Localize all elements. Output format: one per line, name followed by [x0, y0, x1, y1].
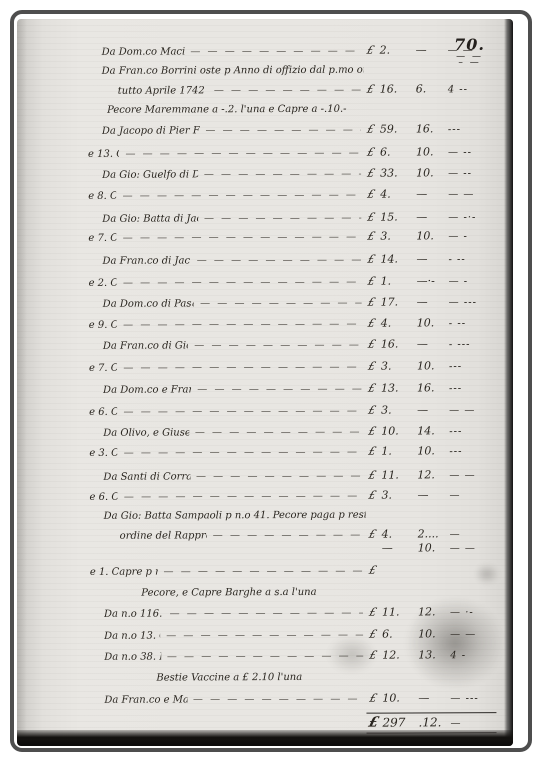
amount-soldi: — [416, 42, 448, 57]
ledger-row: e 6. Capre— — — — — — — — — — — — — — — … [89, 487, 495, 505]
amount-soldi: 10. [416, 144, 448, 159]
dash-leader: — — — — — — — — — — — — — — — — — — — — … [205, 123, 361, 139]
entry-text: e 2. Capre [89, 276, 117, 291]
amount-lire: 12. [380, 647, 418, 662]
lira-symbol: £ [364, 563, 382, 578]
amount-soldi: — [417, 294, 449, 309]
amount-denari: - -- [449, 316, 495, 331]
entry-text: Da Dom.co Macias p l'intagni d. Apd'anzi… [102, 44, 185, 59]
amount-lire: 11. [380, 604, 418, 619]
section-header: Bestie Vaccine a £ 2.10 l'una [90, 669, 496, 686]
amount-lire: 1. [379, 273, 417, 288]
entry-text: Da n.o 116. Pecore Barghe [104, 607, 164, 622]
amount-lire: 3. [378, 228, 416, 243]
entry-text: e 6. Capre [89, 490, 117, 505]
entry-text: Da Gio: Batta di Jacopo Gioncarelli p n.… [102, 211, 198, 226]
entry-text: e 3. Capre [89, 446, 117, 461]
spacer [90, 552, 366, 553]
entry-text: Da n.o 13. Capre Barghe [104, 629, 160, 644]
amount-denari: --- [449, 424, 495, 439]
entry-text: Da Dom.co e Fran.co Valenti p n.o 138. P… [103, 382, 191, 397]
amount-lire: 15. [378, 209, 416, 224]
amount-soldi: — [416, 186, 448, 201]
entry-text: tutto Aprile 1742 a rag.ne di £ 30 l'ann… [118, 83, 208, 98]
ledger-row: e 6. Capre— — — — — — — — — — — — — — — … [89, 402, 495, 420]
entry-text: e 8. Capre [88, 189, 116, 204]
ledger-row: e 8. Capre— — — — — — — — — — — — — — — … [88, 186, 494, 204]
dash-leader: — — — — — — — — — — — — — — — — — — — — … [204, 167, 361, 183]
amount-lire: 16. [379, 336, 417, 351]
amount-denari: — — [448, 187, 494, 202]
dash-leader: — — — — — — — — — — — — — — — — — — — — … [123, 188, 362, 204]
amount-denari: — [450, 716, 496, 731]
ledger-row: Da Fran.co Borrini oste p Anno di offizi… [88, 62, 494, 79]
amount-soldi: 16. [416, 121, 448, 136]
dash-leader: — — — — — — — — — — — — — — — — — — — — … [164, 564, 363, 580]
total-amount: £297.12.— [366, 712, 496, 734]
manuscript-page: 70. — — – — Da Dom.co Macias p l'intagni… [17, 19, 513, 746]
amount-denari: — — [450, 627, 496, 642]
ledger-row: e 1. Capre p resti come sopra— — — — — —… [90, 562, 496, 580]
ledger-row: Da Dom.co e Fran.co Valenti p n.o 138. P… [89, 380, 495, 398]
section-header: Pecore Maremmane a -.2. l'una e Capre a … [88, 101, 494, 118]
amount-soldi: 10. [418, 540, 450, 555]
amount-lire: 10. [380, 690, 418, 705]
amount-soldi: 14. [417, 423, 449, 438]
amount-soldi: — [417, 402, 449, 417]
amount-denari: — [449, 488, 495, 503]
ledger-row: Da Fran.co e Matteo di Gio: Menchi n.o 4… [90, 690, 496, 708]
entry-text: Da Santi di Corrado d'Arpa p n.o 116. Pe… [103, 469, 190, 484]
amount-soldi: 12. [418, 604, 450, 619]
entry-text: Da Jacopo di Pier Fran.co Gioncarelli p … [102, 123, 200, 138]
amount-denari: — -- [448, 166, 494, 181]
ledger-row: Da Dom.co Macias p l'intagni d. Apd'anzi… [88, 42, 494, 60]
amount-soldi: — [417, 487, 449, 502]
amount-soldi: 16. [417, 380, 449, 395]
amount-soldi: 13. [418, 647, 450, 662]
amount-lire: 4. [379, 315, 417, 330]
amount-soldi: 6. [416, 81, 448, 96]
ledger-row: e 7. Capre— — — — — — — — — — — — — — — … [89, 358, 495, 376]
amount-denari: — -- [448, 145, 494, 160]
dash-leader: — — — — — — — — — — — — — — — — — — — — … [196, 469, 363, 485]
spacer [91, 727, 367, 728]
dash-leader: — — — — — — — — — — — — — — — — — — — — … [123, 275, 362, 291]
amount-denari: - --- [449, 337, 495, 352]
entry-text: e 9. Capre [89, 318, 117, 333]
amount-soldi: 10. [416, 165, 448, 180]
dash-leader: — — — — — — — — — — — — — — — — — — — — … [197, 382, 362, 398]
ledger-row: Da Gio: Guelfo di Dom.co Lombardi p n.o … [88, 165, 494, 183]
amount-denari: — --- [450, 691, 496, 706]
amount-lire: 13. [379, 380, 417, 395]
page-number: 70. — — – — [454, 35, 485, 66]
amount-lire: 16. [378, 81, 416, 96]
dash-leader: — — — — — — — — — — — — — — — — — — — — … [167, 649, 363, 665]
amount-lire: 4. [378, 186, 416, 201]
entry-text: Da Fran.co e Matteo di Gio: Menchi n.o 4… [104, 692, 187, 707]
amount-denari: 4 - [450, 648, 496, 663]
amount-soldi: —·- [417, 273, 449, 288]
section-header-text: Bestie Vaccine a £ 2.10 l'una [156, 670, 302, 686]
ledger-row: —10.— — [90, 540, 496, 558]
amount-denari: — - [449, 274, 495, 289]
ledger-row: Da Olivo, e Giuseppe Salvi p n.o 107. Pe… [89, 423, 495, 441]
dash-leader: — — — — — — — — — — — — — — — — — — — — … [200, 296, 362, 312]
amount-lire: 14. [378, 251, 416, 266]
amount-lire: 4. [380, 526, 418, 541]
dash-leader: — — — — — — — — — — — — — — — — — — — — … [170, 606, 363, 622]
amount-denari: - -- [448, 252, 494, 267]
dash-leader: — — — — — — — — — — — — — — — — — — — — … [124, 489, 363, 505]
amount-denari: --- [449, 381, 495, 396]
amount-denari: — ·- [450, 605, 496, 620]
ledger-row: Da Gio: Batta di Jacopo Gioncarelli p n.… [88, 209, 494, 227]
amount-soldi: 12. [417, 467, 449, 482]
dash-leader: — — — — — — — — — — — — — — — — — — — — … [125, 146, 361, 162]
scanned-manuscript: 70. — — – — Da Dom.co Macias p l'intagni… [0, 0, 542, 760]
amount-soldi: 10. [417, 443, 449, 458]
ledger-row: Da Santi di Corrado d'Arpa p n.o 116. Pe… [89, 467, 495, 485]
ledger-row: e 7. Capre— — — — — — — — — — — — — — — … [88, 228, 494, 246]
dash-leader: — — — — — — — — — — — — — — — — — — — — … [124, 445, 363, 461]
entry-text: Da Fran.co Borrini oste p Anno di offizi… [102, 63, 364, 79]
amount-lire: 6. [380, 626, 418, 641]
ledger-row: Da Dom.co di Pasquino Menchi p n.o 170. … [89, 294, 495, 312]
amount-soldi: — [417, 336, 449, 351]
entry-text: Da Fran.co di Gio: Menchi p n.o 160. Pec… [103, 338, 189, 353]
dash-leader: — — — — — — — — — — — — — — — — — — — — … [197, 253, 362, 269]
dash-leader: — — — — — — — — — — — — — — — — — — — — … [190, 44, 360, 60]
ledger-row: Da n.o 38. Bestie Asinine— — — — — — — —… [90, 647, 496, 665]
dash-leader: — — — — — — — — — — — — — — — — — — — — … [123, 317, 362, 333]
dash-leader: — — — — — — — — — — — — — — — — — — — — … [193, 692, 364, 708]
amount-lire: 1. [379, 443, 417, 458]
section-header-text: Pecore Maremmane a -.2. l'una e Capre a … [107, 102, 346, 118]
amount-lire: 6. [378, 144, 416, 159]
dash-leader: — — — — — — — — — — — — — — — — — — — — … [123, 404, 362, 420]
page-number-underline: – — [454, 60, 485, 66]
entry-text: e 7. Capre [89, 361, 117, 376]
ledger-entries: Da Dom.co Macias p l'intagni d. Apd'anzi… [87, 36, 496, 727]
amount-lire: 59. [378, 121, 416, 136]
ledger-row: Da n.o 116. Pecore Barghe— — — — — — — —… [90, 604, 496, 622]
entry-text: Da Gio: Batta Sampaoli p n.o 41. Pecore … [104, 508, 366, 524]
amount-denari: 4 -- [448, 82, 494, 97]
amount-lire: 3. [379, 358, 417, 373]
ledger-row: Da Fran.co di Gio: Menchi p n.o 160. Pec… [89, 336, 495, 354]
entry-text: e 13. Capre [88, 147, 120, 162]
amount-lire: 2. [378, 42, 416, 57]
entry-text: Da Olivo, e Giuseppe Salvi p n.o 107. Pe… [103, 425, 189, 440]
amount-soldi: — [416, 251, 448, 266]
ledger-row: tutto Aprile 1742 a rag.ne di £ 30 l'ann… [88, 81, 494, 99]
amount-soldi: — [416, 209, 448, 224]
entry-text: Da Dom.co di Pasquino Menchi p n.o 170. … [103, 296, 195, 311]
page-edge-shadow [504, 19, 513, 746]
entry-text: e 6. Capre [89, 405, 117, 420]
amount-lire: — [380, 540, 418, 555]
amount-denari: — --- [449, 295, 495, 310]
ledger-row: e 3. Capre— — — — — — — — — — — — — — — … [89, 443, 495, 461]
amount-soldi: 10. [417, 358, 449, 373]
amount-soldi: 10. [418, 626, 450, 641]
amount-soldi: 10. [417, 315, 449, 330]
amount-denari: — -·- [448, 210, 494, 225]
amount-denari: — — [449, 468, 495, 483]
amount-lire: 10. [379, 423, 417, 438]
amount-denari: — — [450, 541, 496, 556]
ledger-row: Da n.o 13. Capre Barghe— — — — — — — — —… [90, 626, 496, 644]
dash-leader: — — — — — — — — — — — — — — — — — — — — … [214, 83, 361, 99]
ledger-row: Da Jacopo di Pier Fran.co Gioncarelli p … [88, 121, 494, 139]
amount-soldi: — [418, 690, 450, 705]
dash-leader: — — — — — — — — — — — — — — — — — — — — … [123, 360, 362, 376]
section-header: Pecore, e Capre Barghe a s.a l'una [90, 584, 496, 601]
entry-text: Da n.o 38. Bestie Asinine [104, 650, 161, 665]
entry-text: e 1. Capre p resti come sopra [90, 565, 158, 580]
ledger-row: Da Fran.co di Jacopo Borrini p n.o 140. … [88, 251, 494, 269]
ledger-row: e 9. Capre— — — — — — — — — — — — — — — … [89, 315, 495, 333]
dash-leader: — — — — — — — — — — — — — — — — — — — — … [194, 338, 362, 354]
dash-leader: — — — — — — — — — — — — — — — — — — — — … [123, 230, 362, 246]
amount-soldi: 2.... [418, 526, 450, 541]
ledger-row: Da Gio: Batta Sampaoli p n.o 41. Pecore … [90, 507, 496, 524]
dash-leader: — — — — — — — — — — — — — — — — — — — — … [195, 425, 362, 441]
amount-denari: — - [448, 229, 494, 244]
total-row: £297.12.— [90, 712, 496, 735]
dash-leader: — — — — — — — — — — — — — — — — — — — — … [166, 628, 363, 644]
amount-lire: 17. [379, 294, 417, 309]
amount-lire: 11. [379, 467, 417, 482]
amount-soldi: .12. [418, 715, 450, 730]
section-header-text: Pecore, e Capre Barghe a s.a l'una [141, 585, 316, 601]
amount-soldi: 10. [416, 228, 448, 243]
amount-lire: 297 [380, 715, 418, 730]
ledger-row: e 2. Capre— — — — — — — — — — — — — — — … [89, 273, 495, 291]
entry-text: Da Fran.co di Jacopo Borrini p n.o 140. … [102, 253, 190, 268]
amount-denari: — — [449, 403, 495, 418]
entry-text: e 7. Capre [88, 231, 116, 246]
amount-lire: 3. [379, 487, 417, 502]
dash-leader: — — — — — — — — — — — — — — — — — — — — … [204, 211, 361, 227]
amount-denari: --- [449, 444, 495, 459]
amount-lire: 33. [378, 165, 416, 180]
amount-denari: --- [448, 122, 494, 137]
entry-text: Da Gio: Guelfo di Dom.co Lombardi p n.o … [102, 167, 198, 182]
ledger-row: e 13. Capre— — — — — — — — — — — — — — —… [88, 144, 494, 162]
amount-lire: 3. [379, 402, 417, 417]
amount-denari: --- [449, 359, 495, 374]
